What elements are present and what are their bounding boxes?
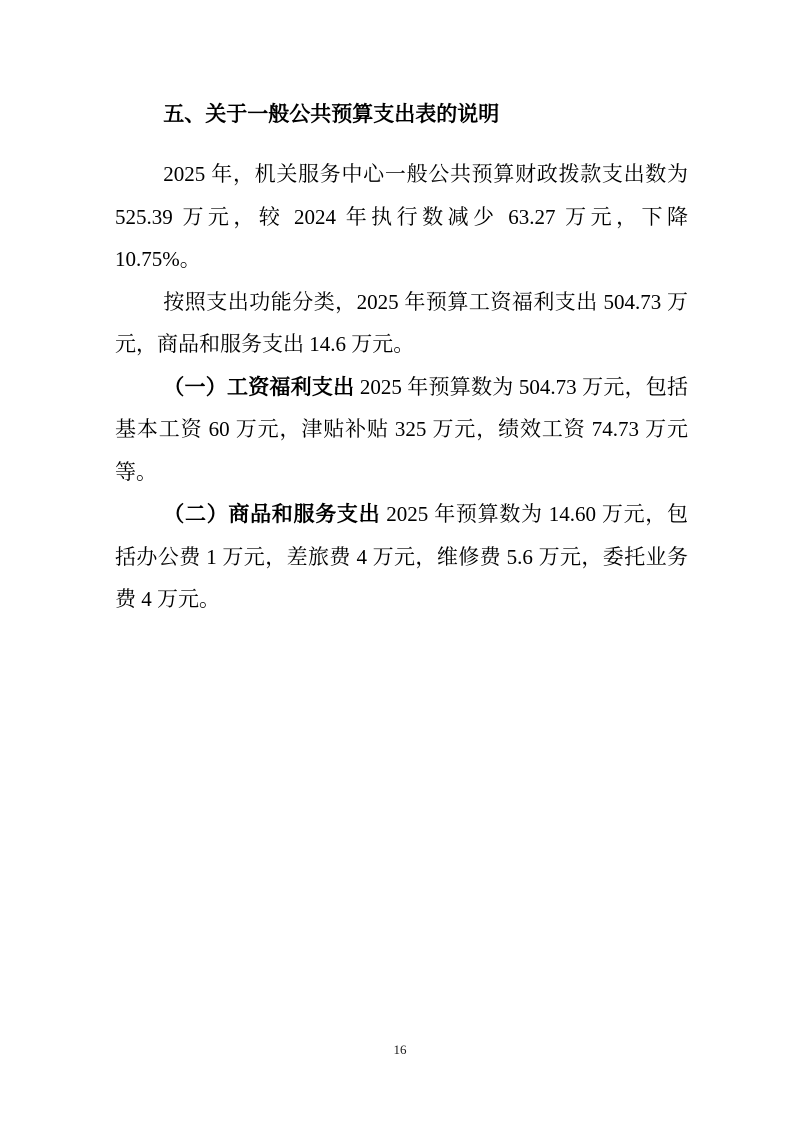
document-page: 五、关于一般公共预算支出表的说明 2025 年，机关服务中心一般公共预算财政拨款… — [0, 0, 800, 1131]
page-number: 16 — [0, 1042, 800, 1058]
paragraph-lead-bold: （一）工资福利支出 — [163, 375, 360, 399]
paragraph-wage-welfare: （一）工资福利支出 2025 年预算数为 504.73 万元，包括基本工资 60… — [115, 366, 688, 494]
paragraph-functional-classification: 按照支出功能分类，2025 年预算工资福利支出 504.73 万元，商品和服务支… — [115, 281, 688, 366]
document-content: 五、关于一般公共预算支出表的说明 2025 年，机关服务中心一般公共预算财政拨款… — [115, 93, 688, 621]
paragraph-text: 按照支出功能分类，2025 年预算工资福利支出 504.73 万元，商品和服务支… — [115, 290, 688, 357]
paragraph-total-expenditure: 2025 年，机关服务中心一般公共预算财政拨款支出数为 525.39 万元，较 … — [115, 153, 688, 281]
section-heading: 五、关于一般公共预算支出表的说明 — [115, 93, 688, 136]
paragraph-text: 2025 年，机关服务中心一般公共预算财政拨款支出数为 525.39 万元，较 … — [115, 162, 688, 271]
paragraph-lead-bold: （二）商品和服务支出 — [163, 502, 386, 526]
paragraph-goods-services: （二）商品和服务支出 2025 年预算数为 14.60 万元，包括办公费 1 万… — [115, 493, 688, 621]
